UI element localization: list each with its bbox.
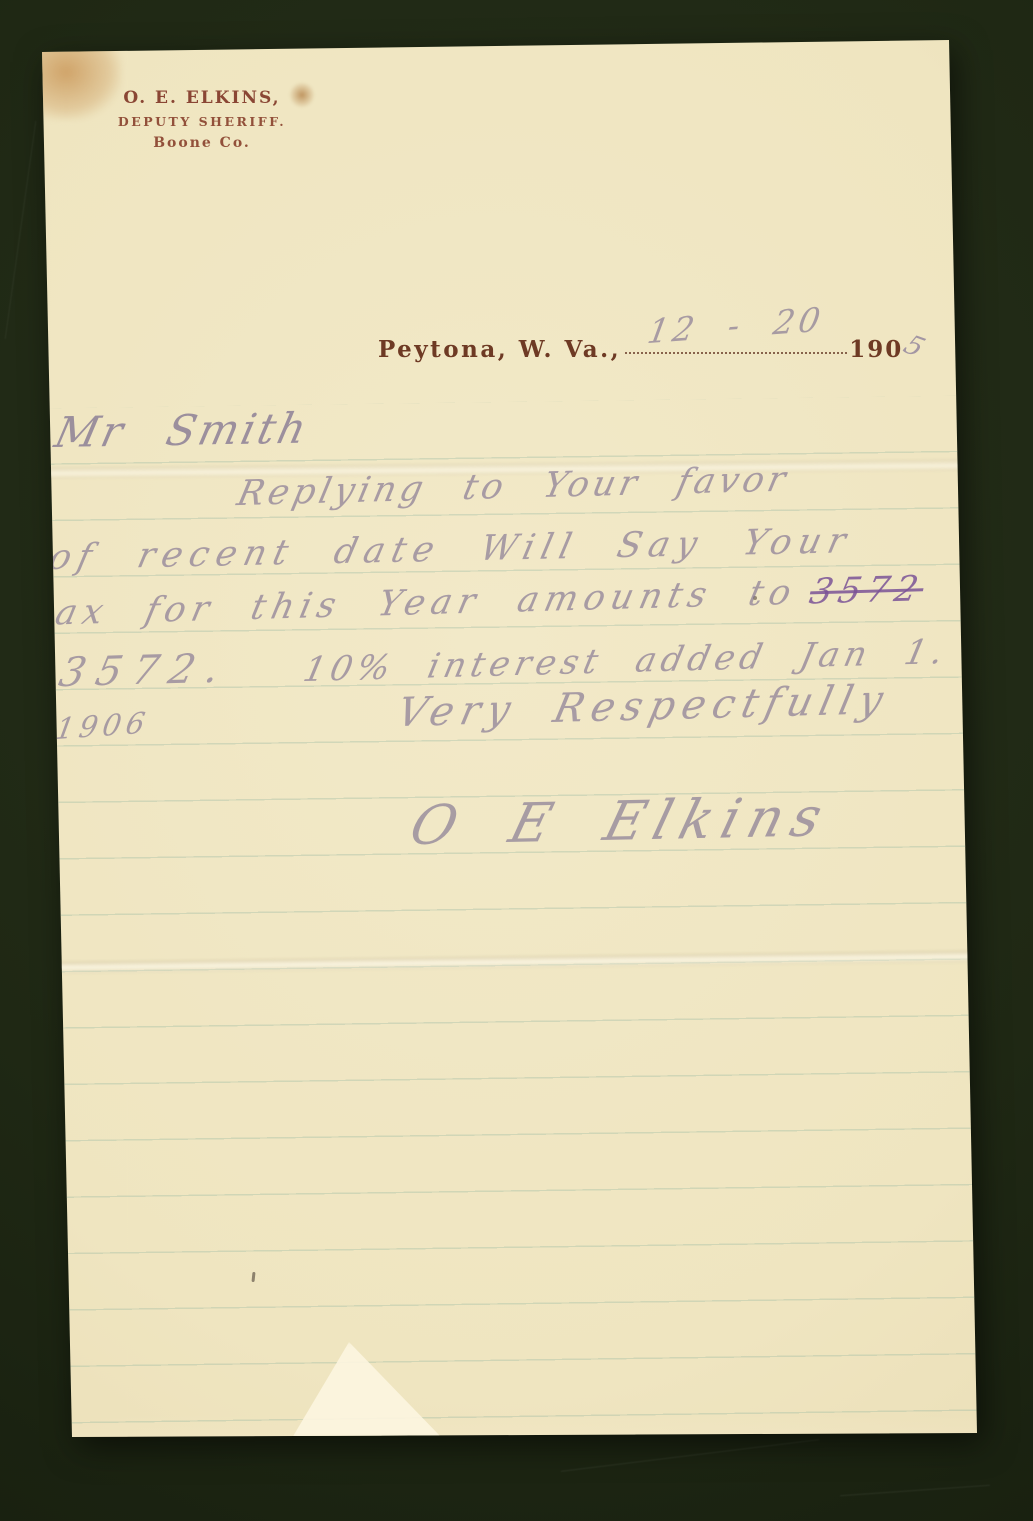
letter-photograph: O. E. ELKINS, DEPUTY SHERIFF. Boone Co. … bbox=[0, 0, 1033, 1521]
letterhead-name: O. E. ELKINS, bbox=[112, 88, 292, 108]
signature: O E Elkins bbox=[404, 785, 838, 857]
dateline-place: Peytona, W. Va., bbox=[378, 336, 621, 363]
letterhead-title: DEPUTY SHERIFF. bbox=[112, 114, 292, 129]
paper-shadow: O. E. ELKINS, DEPUTY SHERIFF. Boone Co. … bbox=[0, 0, 1033, 1521]
dateline: Peytona, W. Va.,190 bbox=[378, 336, 903, 363]
amount-figure: 3572. bbox=[55, 645, 235, 696]
ink-spot-stain bbox=[288, 82, 316, 108]
handwritten-year-digit: 5 bbox=[898, 330, 930, 363]
letter-paper: O. E. ELKINS, DEPUTY SHERIFF. Boone Co. … bbox=[0, 0, 1033, 1521]
letterhead-county: Boone Co. bbox=[112, 135, 292, 151]
dateline-printed-year: 190 bbox=[849, 336, 903, 363]
struck-amount: 3572 bbox=[806, 569, 928, 612]
letterhead: O. E. ELKINS, DEPUTY SHERIFF. Boone Co. bbox=[112, 88, 292, 151]
salutation: Mr Smith bbox=[50, 403, 314, 457]
corner-stain bbox=[36, 46, 122, 120]
year-figure: 1906 bbox=[53, 705, 153, 746]
